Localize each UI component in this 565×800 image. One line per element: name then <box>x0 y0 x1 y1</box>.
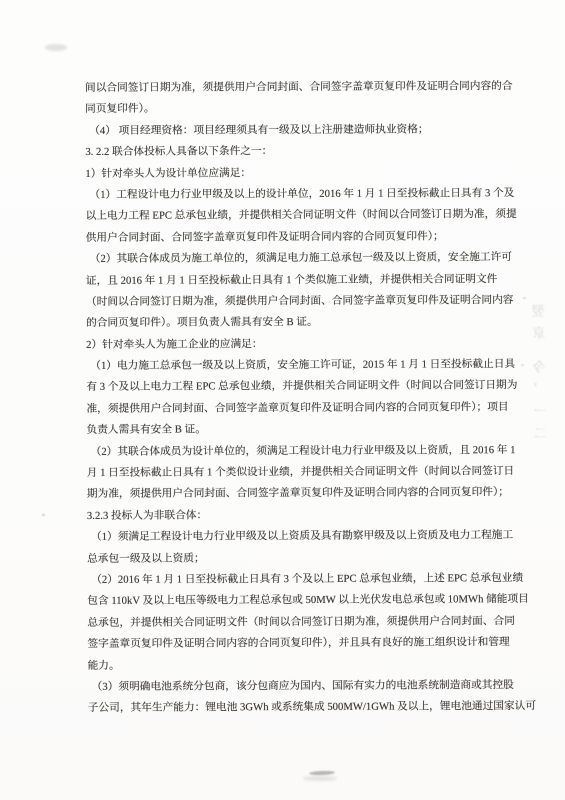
document-line: 月 1 日至投标截止日具有 1 个类似设计业绩，并提供相关合同证明文件（时间以合… <box>87 461 519 484</box>
document-line: 以上电力工程 EPC 总承包业绩，并提供相关合同证明文件（时间以合同签订日期为准… <box>86 204 518 227</box>
document-line: 总承包，并提供相关合同证明文件（时间以合同签订日期为准，须提供用户合同封面、合同 <box>87 611 519 634</box>
scan-smudge-topleft <box>45 44 67 51</box>
scan-smudge-bottom <box>309 771 335 776</box>
scan-speck-right-lower <box>521 364 524 366</box>
document-line: 证，且 2016 年 1 月 1 日至投标截止日具有 1 个类似施工业绩，并提供… <box>86 269 518 292</box>
document-line: 同页复印件）。 <box>85 97 517 120</box>
document-line: （3）须明确电池系统分包商，该分包商应为国内、国际有实力的电池系统制造商或其控股 <box>88 675 520 698</box>
document-line: 有 3 个及以上电力工程 EPC 总承包业绩，并提供相关合同证明文件（时间以合同… <box>86 376 518 399</box>
document-line: 期为准，须提供用户合同封面、合同签字盖章页复印件及证明合同内容的合同页复印件）； <box>87 482 519 505</box>
document-line: 2）针对牵头人为施工企业的应满足： <box>86 333 518 356</box>
document-line: 签字盖章页复印件及证明合同内容的合同页复印件），并且具有良好的施工组织设计和管理 <box>87 632 519 655</box>
document-line: 能力。 <box>88 654 520 677</box>
document-line: 3.2.3 投标人为非联合体： <box>87 504 519 527</box>
document-text-block: 间以合同签订日期为准，须提供用户合同封面、合同签字盖章页复印件及证明合同内容的合… <box>85 76 520 720</box>
document-line: 间以合同签订日期为准，须提供用户合同封面、合同签字盖章页复印件及证明合同内容的合 <box>85 76 517 99</box>
document-line: 子公司，其年生产能力：锂电池 3GWh 或系统集成 500MW/1GWh 及以上… <box>88 696 520 719</box>
document-line: （1）电力施工总承包一级及以上资质，安全施工许可证，2015 年 1 月 1 日… <box>86 354 518 377</box>
document-line: （时间以合同签订日期为准，须提供用户合同封面、合同签字盖章页复印件及证明合同内容 <box>86 290 518 313</box>
scanned-document-page: 间以合同签订日期为准，须提供用户合同封面、合同签字盖章页复印件及证明合同内容的合… <box>0 0 565 800</box>
document-line: （2）2016 年 1 月 1 日至投标截止日具有 3 个及以上 EPC 总承包… <box>87 568 519 591</box>
document-line: （1）须满足工程设计电力行业甲级及以上资质及具有勘察甲级及以上资质及电力工程施工 <box>87 525 519 548</box>
scan-smudge-bottom-halo <box>303 776 337 781</box>
document-line: （2）其联合体成员为设计单位的，须满足工程设计电力行业甲级及以上资质，且 201… <box>87 440 519 463</box>
document-line: （1）工程设计电力行业甲级及以上的设计单位，2016 年 1 月 1 日至投标截… <box>85 183 517 206</box>
document-line: 包含 110kV 及以上电压等级电力工程总承包或 50MW 以上光伏发电总承包或… <box>87 589 519 612</box>
document-line: 3. 2.2 联合体投标人具备以下条件之一： <box>85 140 517 163</box>
document-line: 总承包一级及以上资质； <box>87 547 519 570</box>
document-line: 的合同页复印件）。项目负责人需具有安全 B 证。 <box>86 311 518 334</box>
document-line: 供用户合同封面、合同签字盖章页复印件及证明合同内容的合同页复印件）； <box>86 226 518 249</box>
scan-speck-left <box>42 514 45 516</box>
document-line: （2）其联合体成员为施工单位的，须满足电力施工总承包一级及以上资质，安全施工许可 <box>86 247 518 270</box>
scan-speck-right-upper <box>523 297 526 299</box>
bleed-through-handwriting: 翌京 今，一二 <box>530 304 552 449</box>
document-line: 负责人需具有安全 B 证。 <box>86 418 518 441</box>
document-line: 1）针对牵头人为设计单位应满足： <box>85 162 517 185</box>
document-line: 准，须提供用户合同封面、合同签字盖章页复印件及证明合同内容的合同页复印件）；项目 <box>86 397 518 420</box>
document-line: （4） 项目经理资格：项目经理须具有一级及以上注册建造师执业资格； <box>85 119 517 142</box>
